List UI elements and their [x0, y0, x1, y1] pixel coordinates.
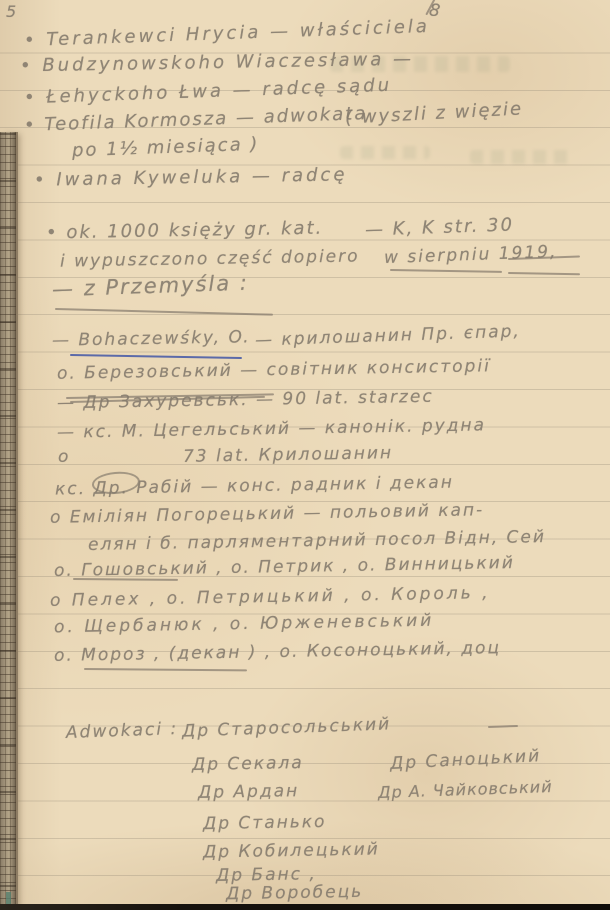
underline-z-przemysla	[55, 308, 273, 316]
handwriting-line: — Bohaczewśky, O.	[52, 328, 251, 351]
underline-1919	[508, 272, 580, 275]
bleedthrough-mark	[470, 150, 570, 164]
handwriting-line: Др Саноцький	[390, 747, 542, 774]
handwriting-line: w sierpniu 1919,	[384, 243, 558, 269]
photo-bottom-edge	[0, 904, 610, 910]
page-number-right: 8	[428, 1, 442, 22]
handwriting-line: Др Кобилецький	[203, 840, 380, 863]
handwriting-line: — Др Захуревськ. — 90 lat. starzec	[57, 388, 434, 414]
handwriting-line: • Terankewci Hrycia — właściciela	[24, 17, 431, 52]
handwriting-line: о. Березовський — совітник консисторії	[57, 357, 491, 384]
handwriting-line: о. Мороз , (декан ) , о. Косоноцький, до…	[54, 639, 501, 666]
handwriting-line: Др Ардан	[198, 782, 300, 803]
handwriting-line: Adwokaci :	[66, 720, 179, 743]
underline-sierpniu	[390, 269, 502, 273]
handwriting-line: — K, K str. 30	[365, 215, 515, 241]
bleedthrough-mark	[340, 146, 430, 159]
handwriting-line: о. Гошовський , о. Петрик , о. Винницьки…	[54, 554, 515, 582]
handwriting-line: Др Воробець	[226, 883, 364, 905]
underline-moroz-dekan	[84, 668, 247, 671]
handwriting-line: о Еміліян Погорецький — польовий кап-	[50, 501, 484, 528]
book-cover-edge	[0, 132, 18, 910]
handwriting-line: • Budzynowskoho Wiaczesława —	[20, 50, 414, 78]
handwriting-line: — крилошанин Пр. єпар,	[255, 322, 521, 351]
handwriting-line: о	[58, 448, 70, 468]
handwriting-line: • ok. 1000 księży gr. kat.	[46, 219, 324, 245]
handwriting-line: кс. Др. Рабій — конс. радник і декан	[55, 474, 454, 501]
notebook-page: 58• Terankewci Hrycia — właściciela• Bud…	[0, 0, 610, 910]
handwriting-line: о. Щербанюк , о. Юрженевський	[54, 612, 435, 638]
handwriting-line: Др Станько	[203, 813, 327, 835]
handwriting-line: ( wyszli z więzie	[345, 99, 524, 129]
handwriting-line: Др А. Чайковський	[378, 778, 553, 802]
page-number-left: 5	[6, 3, 17, 21]
handwriting-line: Др Секала	[192, 754, 304, 775]
handwriting-line: • Iwana Kyweluka — radcę	[34, 165, 348, 191]
handwriting-line: елян і б. парляментарний посол Відн, Сей	[88, 528, 546, 556]
handwriting-line: 73 lat. Крилошанин	[183, 444, 393, 467]
dash-after-starosolsky	[488, 725, 518, 728]
handwriting-line: Др Старосольський	[182, 715, 392, 742]
handwriting-line: — z Przemyśla :	[52, 271, 250, 302]
handwriting-line: i wypuszczono część dopiero	[60, 247, 360, 272]
blue-underline-bohaczewsky	[70, 354, 242, 359]
handwriting-line: • Teofila Kormosza — adwokata	[24, 104, 368, 137]
handwriting-line: po 1½ miesiąca )	[72, 135, 260, 162]
handwriting-line: о Пелех , о. Петрицький , о. Король ,	[50, 584, 491, 611]
handwriting-line: — кс. М. Цегельський — канонік. рудна	[57, 416, 486, 443]
